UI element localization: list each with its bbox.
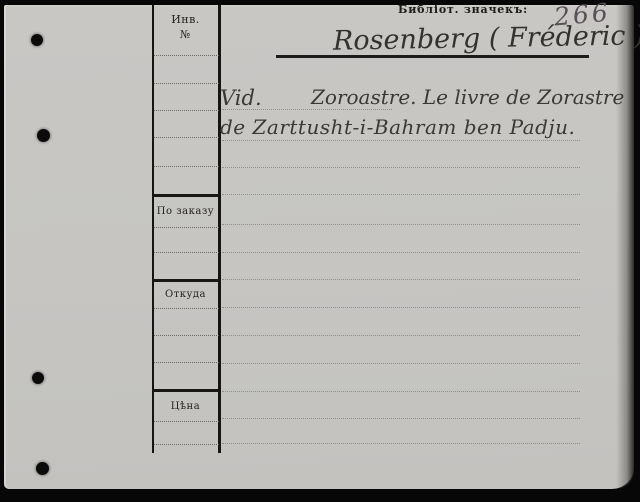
- punch-hole: [36, 462, 49, 475]
- column-rule-line: [154, 55, 219, 56]
- column-rule-line: [154, 83, 219, 84]
- punch-hole: [31, 34, 43, 46]
- origin-label: Откуда: [152, 289, 219, 300]
- writing-rule-line: [222, 252, 580, 253]
- library-mark-label: Библіот. значекъ:: [398, 3, 528, 16]
- writing-rule-line: [222, 307, 580, 308]
- column-rule-line: [154, 444, 219, 445]
- inventory-number-label-line1: Инв.: [152, 12, 219, 27]
- writing-rule-line: [222, 167, 580, 168]
- column-section-separator-line: [152, 194, 219, 197]
- column-rule-line: [154, 252, 219, 253]
- entry-ref-word-handwritten: Vid.: [220, 86, 262, 110]
- inventory-number-label: Инв. №: [152, 12, 219, 42]
- column-rule-line: [154, 335, 219, 336]
- column-rule-line: [154, 421, 219, 422]
- price-label: Цѣна: [152, 401, 219, 412]
- column-section-separator-line: [152, 389, 219, 392]
- column-rule-line: [154, 227, 219, 228]
- column-section-separator-line: [152, 279, 219, 282]
- column-rule-line: [154, 362, 219, 363]
- writing-rule-line: [222, 140, 580, 141]
- writing-rule-line: [222, 391, 580, 392]
- column-rule-line: [154, 308, 219, 309]
- scanned-catalog-card-page: Инв. № По заказу Откуда Цѣна Библіот. зн…: [0, 0, 640, 502]
- column-rule-line: [154, 110, 219, 111]
- writing-rule-line: [222, 194, 580, 195]
- column-rule-line: [154, 137, 219, 138]
- punch-hole: [37, 129, 50, 142]
- entry-ref-line2-handwritten: de Zarttusht-i-Bahram ben Padju.: [220, 115, 575, 139]
- page-edge-shadow: [616, 5, 634, 489]
- inventory-number-label-line2: №: [152, 27, 219, 42]
- writing-rule-line: [222, 224, 580, 225]
- column-divider-left-line: [152, 5, 154, 453]
- writing-rule-line: [222, 279, 580, 280]
- writing-rule-line: [222, 363, 580, 364]
- author-title-handwritten: Rosenberg ( Fréderic ): [333, 20, 640, 56]
- column-rule-line: [154, 166, 219, 167]
- column-divider-right-line: [218, 5, 221, 453]
- card-paper: [4, 5, 634, 489]
- by-order-label: По заказу: [152, 206, 219, 217]
- punch-hole: [32, 372, 44, 384]
- author-title-underline: [276, 55, 589, 58]
- writing-rule-line: [222, 335, 580, 336]
- writing-rule-line: [222, 418, 580, 419]
- writing-rule-line: [222, 443, 580, 444]
- entry-ref-text-handwritten: Zoroastre. Le livre de Zorastre: [311, 85, 624, 109]
